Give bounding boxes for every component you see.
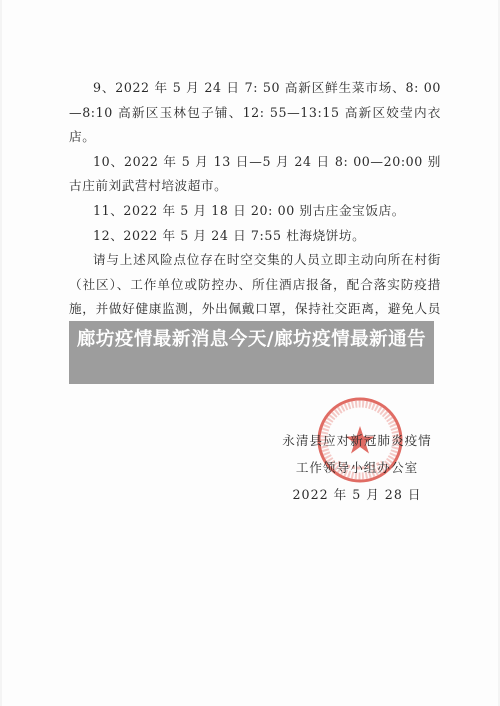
risk-location-item-10: 10、2022 年 5 月 13 日—5 月 24 日 8: 00—20:00 … (69, 150, 441, 199)
banner-title: 廊坊疫情最新消息今天/廊坊疫情最新通告 (77, 329, 426, 350)
issuing-organization-line1: 永清县应对新冠肺炎疫情 (272, 427, 442, 454)
document-body: 9、2022 年 5 月 24 日 7: 50 高新区鲜生菜市场、8: 00—8… (69, 76, 441, 347)
issue-date: 2022 年 5 月 28 日 (272, 481, 442, 508)
risk-location-item-11: 11、2022 年 5 月 18 日 20: 00 别古庄金宝饭店。 (69, 199, 441, 224)
risk-location-item-12: 12、2022 年 5 月 24 日 7:55 杜海烧饼坊。 (69, 224, 441, 249)
document-page: 9、2022 年 5 月 24 日 7: 50 高新区鲜生菜市场、8: 00—8… (0, 0, 500, 706)
title-banner: 廊坊疫情最新消息今天/廊坊疫情最新通告 (69, 321, 434, 384)
risk-location-item-9: 9、2022 年 5 月 24 日 7: 50 高新区鲜生菜市场、8: 00—8… (69, 76, 441, 150)
issuing-organization-line2: 工作领导小组办公室 (272, 454, 442, 481)
signature-block: 永清县应对新冠肺炎疫情 工作领导小组办公室 2022 年 5 月 28 日 (272, 427, 442, 508)
